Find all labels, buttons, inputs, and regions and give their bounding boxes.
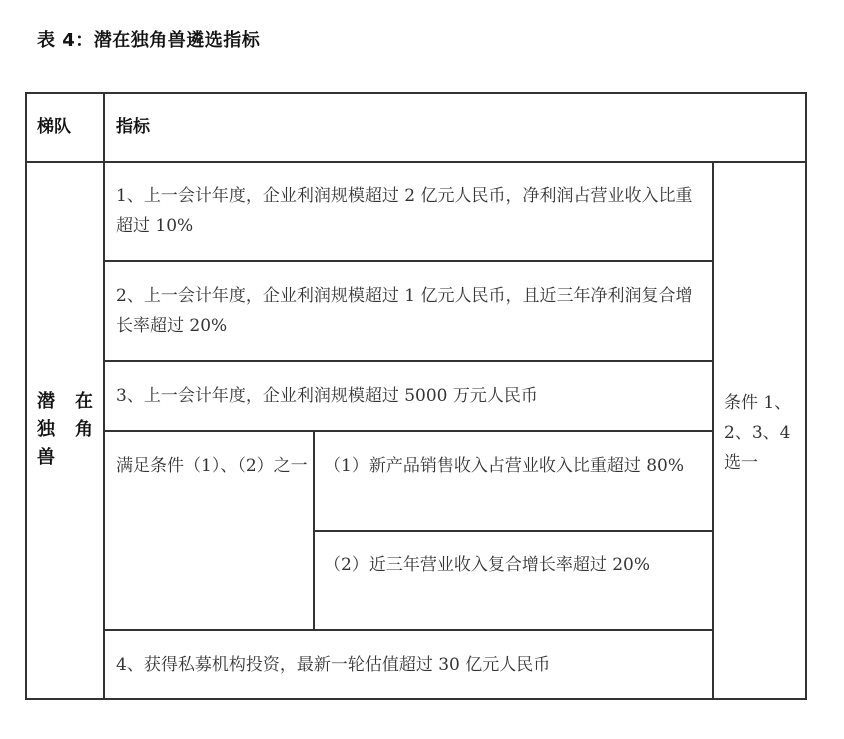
table-caption: 表 4：潜在独角兽遴选指标 [37, 26, 260, 52]
tier-label-line1: 潜 在 [37, 388, 93, 416]
sub-condition-2: （2）近三年营业收入复合增长率超过 20% [324, 550, 706, 580]
header-criteria: 指标 [116, 112, 150, 142]
row-divider-2 [104, 360, 713, 362]
criterion-1: 1、上一会计年度，企业利润规模超过 2 亿元人民币，净利润占营业收入比重超过 1… [116, 181, 706, 241]
criterion-3: 3、上一会计年度，企业利润规模超过 5000 万元人民币 [116, 381, 706, 411]
selection-rule: 条件 1、2、3、4 选一 [724, 388, 800, 478]
header-tier: 梯队 [37, 112, 71, 142]
row-divider-4 [104, 629, 713, 631]
table-border-top [25, 92, 807, 94]
table-border-right [805, 92, 807, 700]
table-border-bottom [25, 698, 807, 700]
header-divider [25, 161, 807, 163]
sub-condition-1: （1）新产品销售收入占营业收入比重超过 80% [324, 451, 706, 481]
tier-label-line2: 独 角 [37, 416, 93, 444]
col-divider-tier [103, 92, 105, 700]
sub-row-divider [314, 530, 713, 532]
criterion-3-sub-label: 满足条件（1）、（2）之一 [116, 451, 308, 481]
table-border-left [25, 92, 27, 700]
row-divider-3 [104, 430, 713, 432]
row-divider-1 [104, 260, 713, 262]
tier-label: 潜 在 独 角 兽 [37, 388, 93, 472]
sub-col-divider [313, 431, 315, 630]
criterion-4: 4、获得私募机构投资，最新一轮估值超过 30 亿元人民币 [116, 650, 706, 680]
tier-label-line3: 兽 [37, 444, 93, 472]
criterion-2: 2、上一会计年度，企业利润规模超过 1 亿元人民币，且近三年净利润复合增长率超过… [116, 281, 706, 341]
